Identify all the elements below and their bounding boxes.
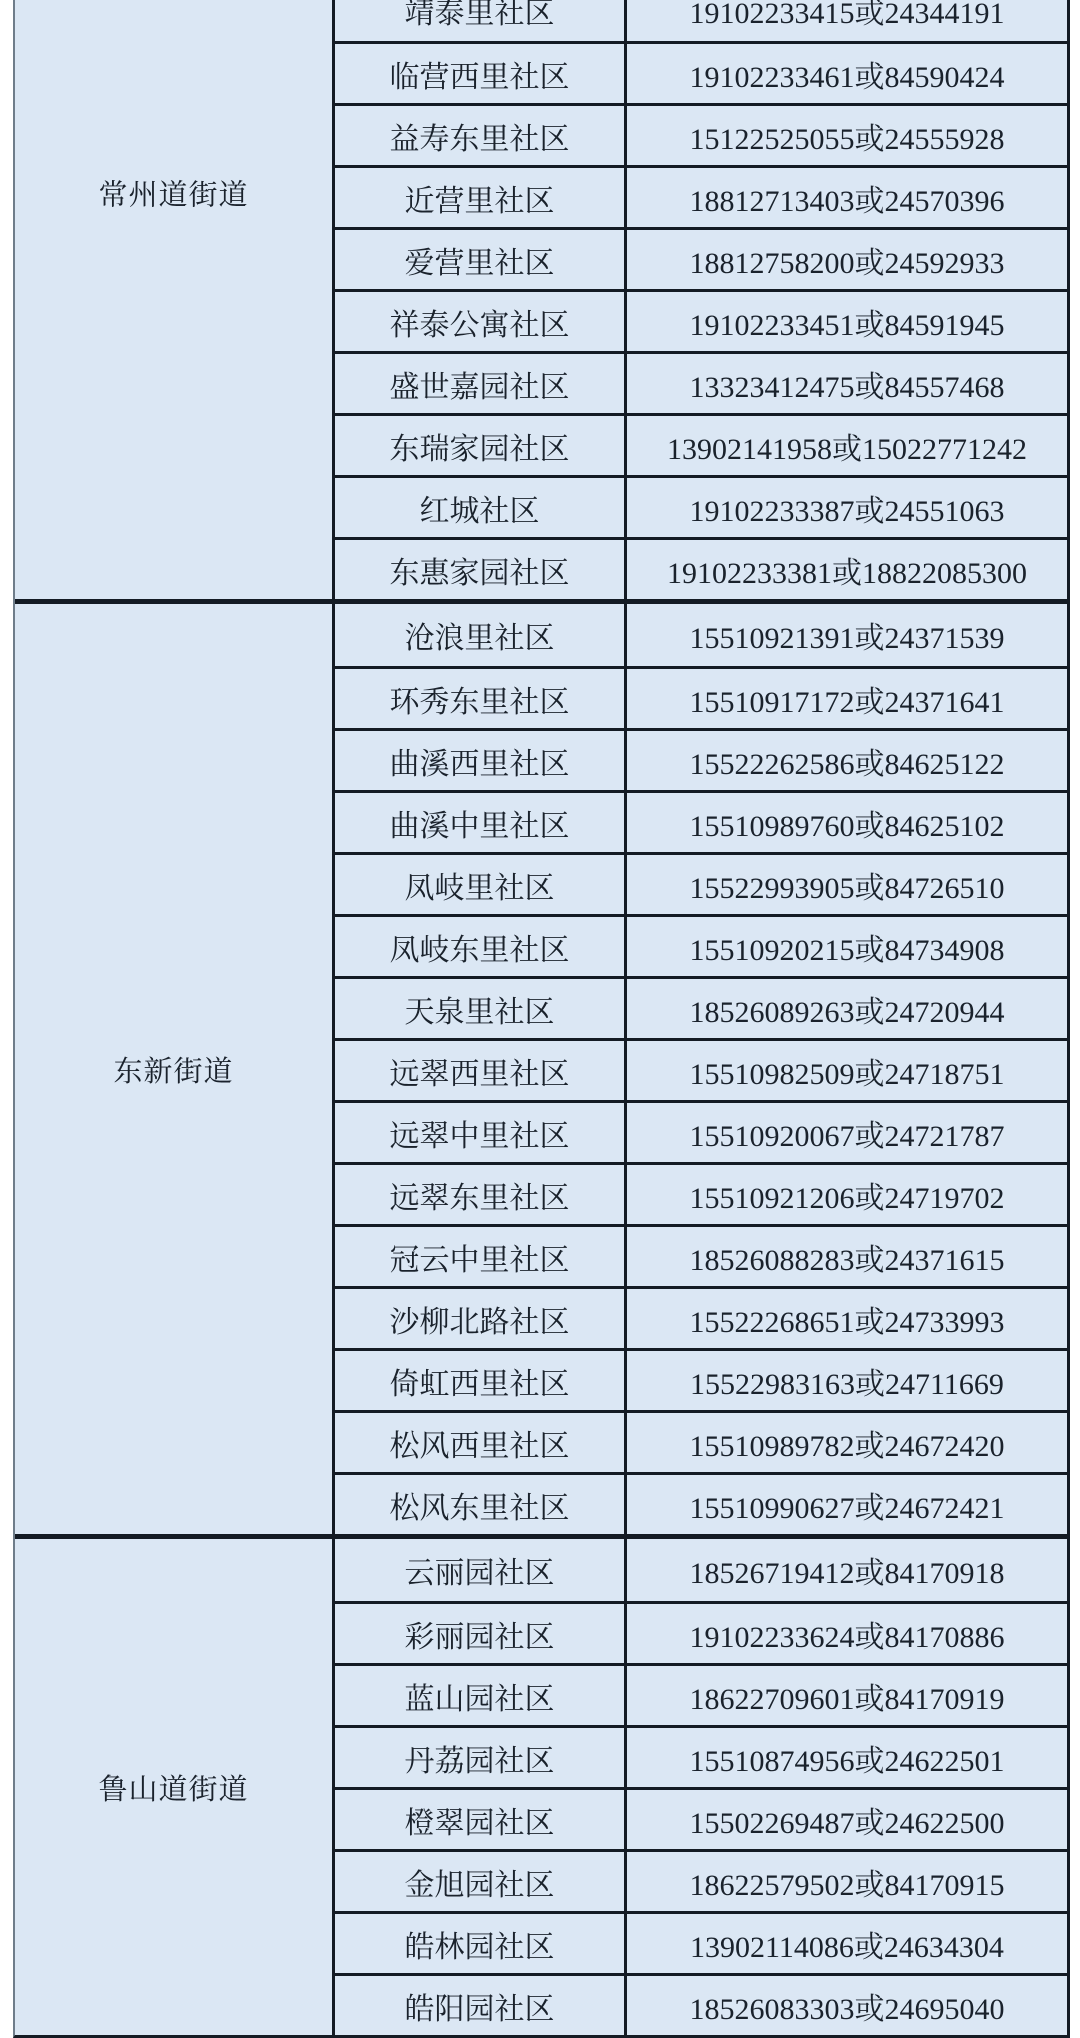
community-name-cell: 近营里社区 [335,168,627,227]
table-row: 沧浪里社区15510921391或24371539 [335,604,1067,666]
table-row: 红城社区19102233387或24551063 [335,475,1067,537]
phone-number-cell: 18622709601或84170919 [627,1666,1067,1725]
community-name-cell: 远翠西里社区 [335,1041,627,1100]
phone-number-cell: 15510921391或24371539 [627,604,1067,666]
table-row: 盛世嘉园社区13323412475或84557468 [335,351,1067,413]
community-name-cell: 冠云中里社区 [335,1227,627,1286]
table-row: 皓阳园社区18526083303或24695040 [335,1973,1067,2035]
table-row: 远翠西里社区15510982509或24718751 [335,1038,1067,1100]
phone-number-cell: 15510920215或84734908 [627,917,1067,976]
table-row: 彩丽园社区19102233624或84170886 [335,1601,1067,1663]
community-name-cell: 沧浪里社区 [335,604,627,666]
community-name-cell: 盛世嘉园社区 [335,354,627,413]
community-name-cell: 云丽园社区 [335,1539,627,1601]
street-group: 常州道街道靖泰里社区19102233415或24344191临营西里社区1910… [15,0,1067,599]
street-name-cell: 东新街道 [15,604,332,1534]
community-name-cell: 松风东里社区 [335,1475,627,1534]
table-row: 倚虹西里社区15522983163或24711669 [335,1348,1067,1410]
table-row: 松风东里社区15510990627或24672421 [335,1472,1067,1534]
phone-number-cell: 15522993905或84726510 [627,855,1067,914]
table-row: 沙柳北路社区15522268651或24733993 [335,1286,1067,1348]
community-name-cell: 远翠中里社区 [335,1103,627,1162]
street-name-label: 常州道街道 [15,173,332,214]
community-name-cell: 沙柳北路社区 [335,1289,627,1348]
community-name-cell: 曲溪西里社区 [335,731,627,790]
phone-number-cell: 15502269487或24622500 [627,1790,1067,1849]
community-name-cell: 临营西里社区 [335,44,627,103]
community-name-cell: 爱营里社区 [335,230,627,289]
community-name-cell: 靖泰里社区 [335,0,627,41]
phone-number-cell: 18526083303或24695040 [627,1976,1067,2035]
community-name-cell: 远翠东里社区 [335,1165,627,1224]
phone-number-cell: 19102233387或24551063 [627,478,1067,537]
phone-number-cell: 15510921206或24719702 [627,1165,1067,1224]
community-name-cell: 丹荔园社区 [335,1728,627,1787]
phone-number-cell: 15510990627或24672421 [627,1475,1067,1534]
table-row: 东惠家园社区19102233381或18822085300 [335,537,1067,599]
community-name-cell: 橙翠园社区 [335,1790,627,1849]
phone-number-cell: 15510874956或24622501 [627,1728,1067,1787]
community-name-cell: 东瑞家园社区 [335,416,627,475]
table-row: 益寿东里社区15122525055或24555928 [335,103,1067,165]
phone-number-cell: 19102233381或18822085300 [627,540,1067,599]
table-row: 环秀东里社区15510917172或24371641 [335,666,1067,728]
phone-number-cell: 15510982509或24718751 [627,1041,1067,1100]
phone-number-cell: 15522268651或24733993 [627,1289,1067,1348]
table-row: 靖泰里社区19102233415或24344191 [335,0,1067,41]
street-group: 鲁山道街道云丽园社区18526719412或84170918彩丽园社区19102… [15,1534,1067,2035]
community-rows: 云丽园社区18526719412或84170918彩丽园社区1910223362… [332,1539,1067,2035]
phone-number-cell: 19102233415或24344191 [627,0,1067,41]
phone-number-cell: 15522262586或84625122 [627,731,1067,790]
phone-number-cell: 15510989760或84625102 [627,793,1067,852]
phone-number-cell: 15510917172或24371641 [627,669,1067,728]
community-name-cell: 凤岐里社区 [335,855,627,914]
community-name-cell: 红城社区 [335,478,627,537]
community-name-cell: 皓阳园社区 [335,1976,627,2035]
table-row: 临营西里社区19102233461或84590424 [335,41,1067,103]
community-name-cell: 蓝山园社区 [335,1666,627,1725]
phone-number-cell: 13902114086或24634304 [627,1914,1067,1973]
phone-number-cell: 19102233624或84170886 [627,1604,1067,1663]
phone-number-cell: 18526088283或24371615 [627,1227,1067,1286]
community-name-cell: 凤岐东里社区 [335,917,627,976]
community-contact-table: 常州道街道靖泰里社区19102233415或24344191临营西里社区1910… [13,0,1070,2038]
street-name-cell: 鲁山道街道 [15,1539,332,2035]
table-row: 冠云中里社区18526088283或24371615 [335,1224,1067,1286]
table-row: 远翠东里社区15510921206或24719702 [335,1162,1067,1224]
phone-number-cell: 18812758200或24592933 [627,230,1067,289]
phone-number-cell: 18526719412或84170918 [627,1539,1067,1601]
table-row: 蓝山园社区18622709601或84170919 [335,1663,1067,1725]
phone-number-cell: 19102233451或84591945 [627,292,1067,351]
phone-number-cell: 15510989782或24672420 [627,1413,1067,1472]
table-row: 松风西里社区15510989782或24672420 [335,1410,1067,1472]
community-rows: 沧浪里社区15510921391或24371539环秀东里社区155109171… [332,604,1067,1534]
street-name-label: 东新街道 [113,1049,233,1090]
phone-number-cell: 13902141958或15022771242 [627,416,1067,475]
street-name-label: 鲁山道街道 [98,1767,248,1808]
table-row: 凤岐东里社区15510920215或84734908 [335,914,1067,976]
street-group: 东新街道沧浪里社区15510921391或24371539环秀东里社区15510… [15,599,1067,1534]
community-name-cell: 金旭园社区 [335,1852,627,1911]
community-name-cell: 祥泰公寓社区 [335,292,627,351]
table-row: 东瑞家园社区13902141958或15022771242 [335,413,1067,475]
community-name-cell: 松风西里社区 [335,1413,627,1472]
community-name-cell: 环秀东里社区 [335,669,627,728]
community-name-cell: 东惠家园社区 [335,540,627,599]
phone-number-cell: 19102233461或84590424 [627,44,1067,103]
community-name-cell: 益寿东里社区 [335,106,627,165]
community-name-cell: 天泉里社区 [335,979,627,1038]
phone-number-cell: 18622579502或84170915 [627,1852,1067,1911]
table-row: 爱营里社区18812758200或24592933 [335,227,1067,289]
community-rows: 靖泰里社区19102233415或24344191临营西里社区191022334… [332,0,1067,599]
table-row: 天泉里社区18526089263或24720944 [335,976,1067,1038]
table-row: 云丽园社区18526719412或84170918 [335,1539,1067,1601]
community-name-cell: 皓林园社区 [335,1914,627,1973]
table-row: 曲溪中里社区15510989760或84625102 [335,790,1067,852]
table-row: 凤岐里社区15522993905或84726510 [335,852,1067,914]
phone-number-cell: 18812713403或24570396 [627,168,1067,227]
community-name-cell: 彩丽园社区 [335,1604,627,1663]
table-row: 近营里社区18812713403或24570396 [335,165,1067,227]
phone-number-cell: 18526089263或24720944 [627,979,1067,1038]
street-name-cell: 常州道街道 [15,0,332,599]
table-row: 橙翠园社区15502269487或24622500 [335,1787,1067,1849]
phone-number-cell: 15122525055或24555928 [627,106,1067,165]
table-row: 皓林园社区13902114086或24634304 [335,1911,1067,1973]
table-row: 祥泰公寓社区19102233451或84591945 [335,289,1067,351]
phone-number-cell: 15522983163或24711669 [627,1351,1067,1410]
table-row: 曲溪西里社区15522262586或84625122 [335,728,1067,790]
phone-number-cell: 13323412475或84557468 [627,354,1067,413]
table-row: 金旭园社区18622579502或84170915 [335,1849,1067,1911]
community-name-cell: 倚虹西里社区 [335,1351,627,1410]
table-row: 远翠中里社区15510920067或24721787 [335,1100,1067,1162]
table-row: 丹荔园社区15510874956或24622501 [335,1725,1067,1787]
community-name-cell: 曲溪中里社区 [335,793,627,852]
phone-number-cell: 15510920067或24721787 [627,1103,1067,1162]
